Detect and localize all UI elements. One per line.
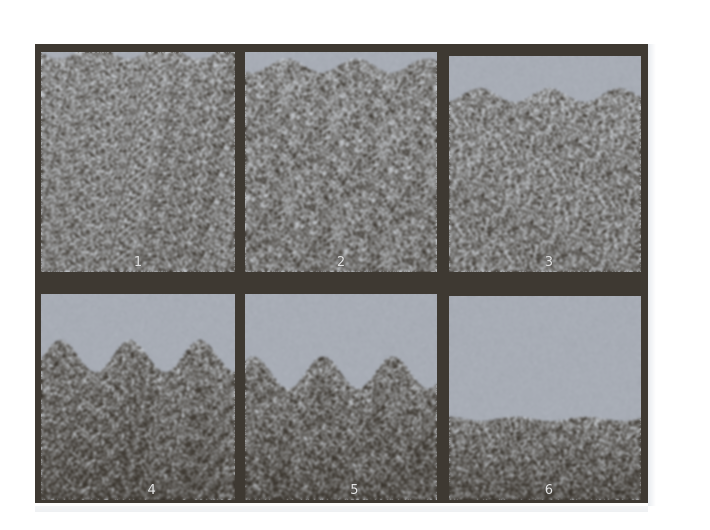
panel-6: 6 bbox=[449, 296, 641, 500]
scan-artifact bbox=[35, 506, 648, 512]
panel-4-image bbox=[41, 294, 235, 500]
panel-5-image bbox=[245, 294, 437, 500]
panel-label: 4 bbox=[147, 483, 155, 498]
panel-2-image bbox=[245, 52, 437, 272]
panel-4: 4 bbox=[41, 294, 235, 500]
panel-6-image bbox=[449, 296, 641, 500]
scan-edge bbox=[648, 44, 656, 506]
panel-5: 5 bbox=[245, 294, 437, 500]
panel-label: 2 bbox=[337, 255, 345, 270]
panel-3-image bbox=[449, 56, 641, 272]
panel-label: 5 bbox=[350, 483, 358, 498]
panel-label: 1 bbox=[134, 255, 142, 270]
settling-figure: 1 2 3 4 5 6 bbox=[35, 44, 648, 503]
panel-label: 3 bbox=[545, 255, 553, 270]
panel-label: 6 bbox=[545, 483, 553, 498]
panel-2: 2 bbox=[245, 52, 437, 272]
panel-3: 3 bbox=[449, 56, 641, 272]
panel-1: 1 bbox=[41, 52, 235, 272]
panel-1-image bbox=[41, 52, 235, 272]
